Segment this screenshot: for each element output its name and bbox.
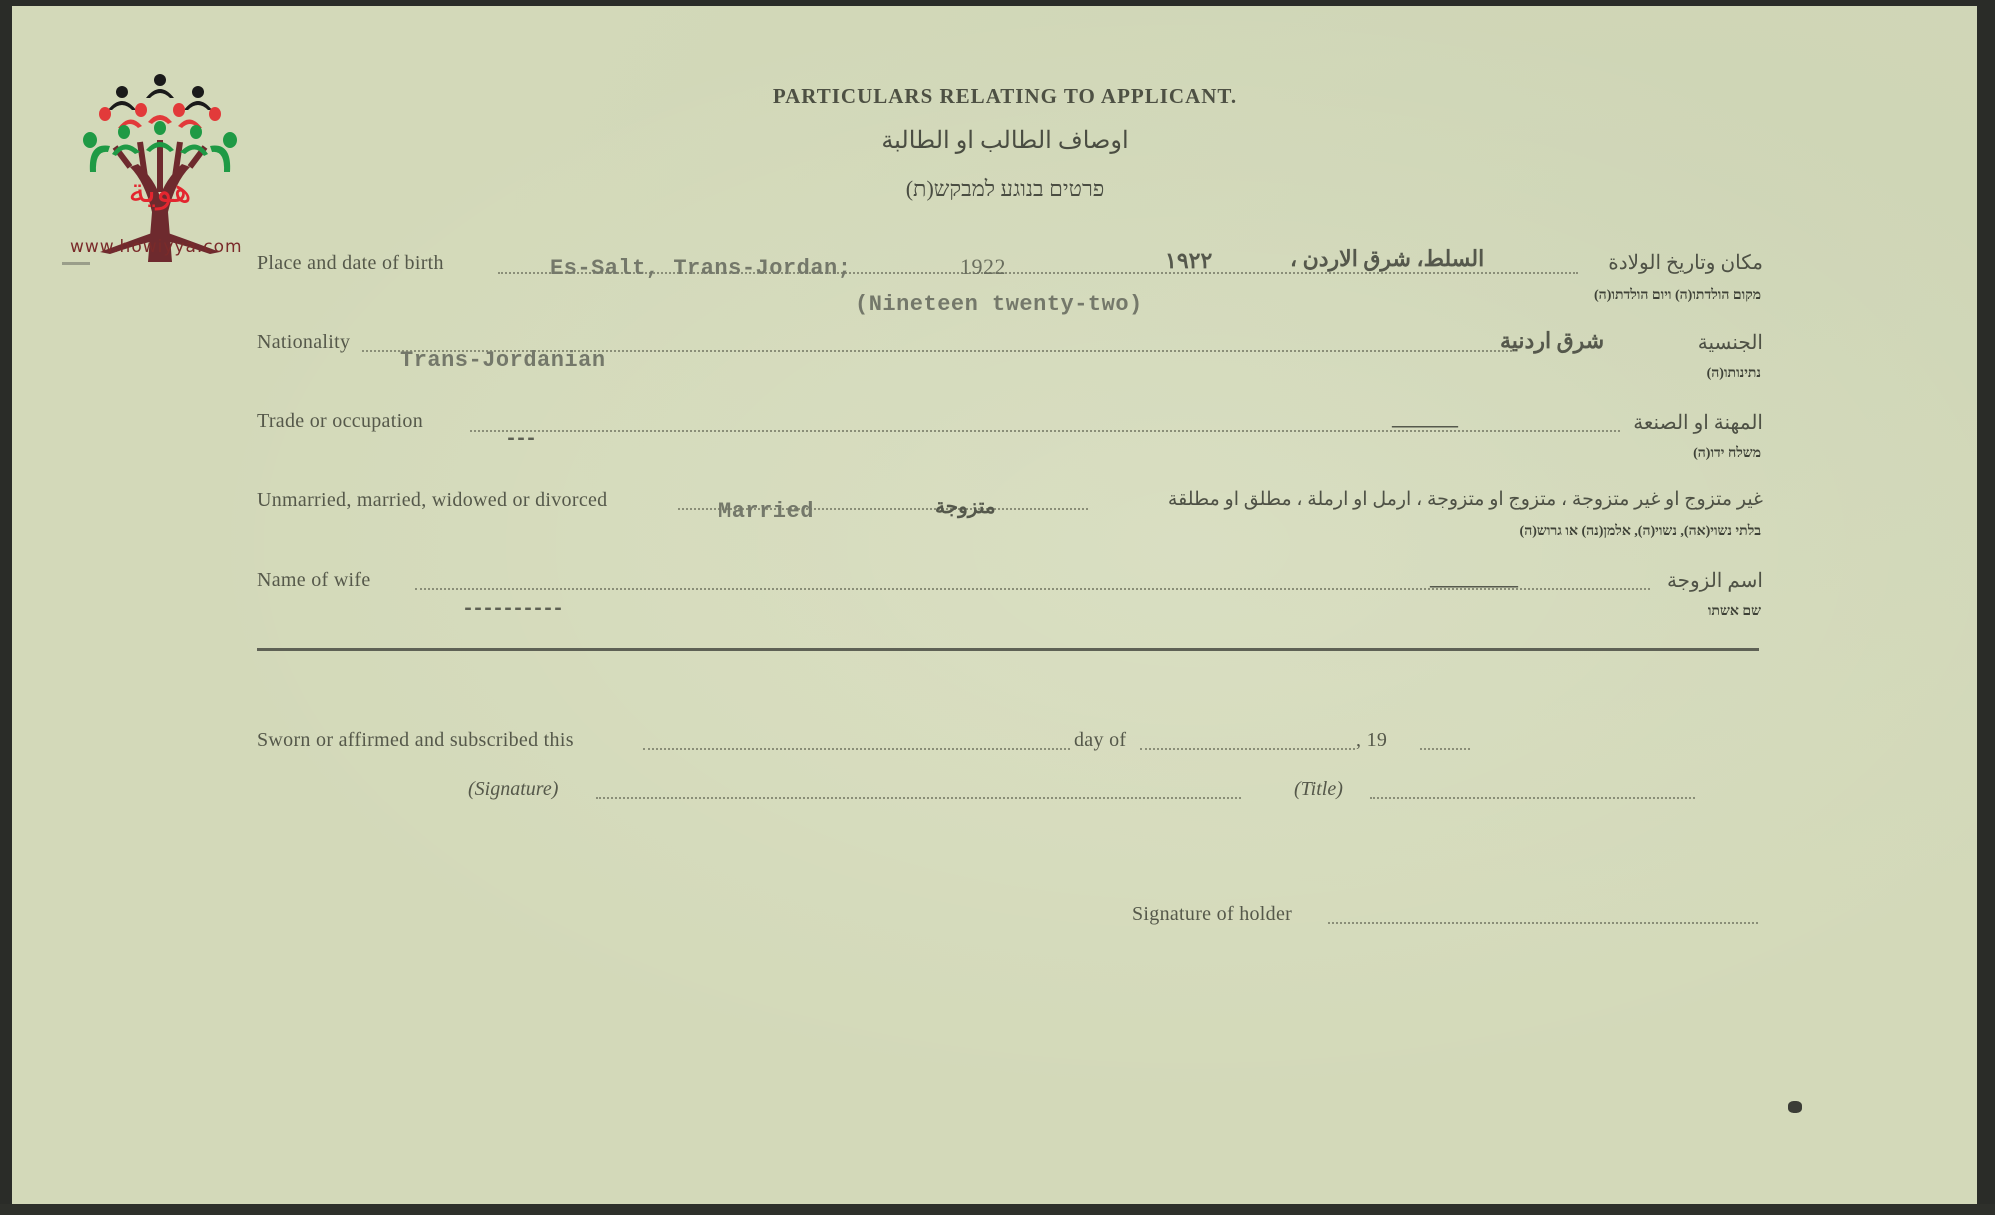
birth-year-value: 1922 (960, 254, 1006, 280)
marital-status-value: Married (718, 499, 814, 524)
title-dotted-line (1370, 797, 1695, 799)
sworn-label: Sworn or affirmed and subscribed this (257, 729, 574, 752)
marital-status-label-hebrew: בלתי נשוי(אה), נשוי(ה), אלמן(נה) או גרוש… (1520, 524, 1761, 540)
birth-year-words: (Nineteen twenty-two) (855, 292, 1143, 317)
margin-mark (62, 262, 90, 265)
occupation-label-hebrew: משלח ידו(ה) (1693, 446, 1761, 462)
occupation-value: --- (505, 428, 535, 451)
sworn-day-dotted-line (643, 748, 1070, 750)
birth-label-hebrew: מקום הולדתו(ה) ויום הולדתו(ה) (1594, 288, 1761, 304)
nationality-value: Trans-Jordanian (400, 348, 606, 373)
birth-place-value: Es-Salt, Trans-Jordan; (550, 256, 851, 281)
form-title-arabic: اوصاف الطالب او الطالبة (0, 126, 1995, 155)
birth-label: Place and date of birth (257, 252, 444, 275)
form-title-english: PARTICULARS RELATING TO APPLICANT. (0, 84, 1995, 109)
wife-name-value: ---------- (462, 598, 562, 621)
scanner-edge (0, 1204, 1995, 1215)
nationality-label-hebrew: נתינותו(ה) (1707, 366, 1761, 382)
year-dotted-line (1420, 748, 1470, 750)
nationality-label: Nationality (257, 331, 350, 354)
watermark-url: www.howiyya.com (70, 237, 243, 257)
marital-status-label-arabic: غير متزوج او غير متزوجة ، متزوج او متزوج… (1168, 488, 1763, 511)
nationality-arabic-value: شرق اردنية (1500, 328, 1604, 354)
ink-blot (1788, 1101, 1802, 1113)
holder-signature-label: Signature of holder (1132, 903, 1292, 926)
wife-name-arabic-value: ———— (1430, 572, 1518, 598)
occupation-label-arabic: المهنة او الصنعة (1633, 410, 1763, 435)
wife-name-label: Name of wife (257, 569, 371, 592)
signature-dotted-line (596, 797, 1241, 799)
occupation-label: Trade or occupation (257, 410, 423, 433)
title-label: (Title) (1294, 778, 1343, 801)
birth-place-arabic-value: السلط، شرق الاردن ، (1290, 246, 1484, 272)
birth-year-arabic-value: ١٩٢٢ (1165, 248, 1212, 274)
month-dotted-line (1140, 748, 1355, 750)
signature-label: (Signature) (468, 778, 558, 801)
marital-status-label: Unmarried, married, widowed or divorced (257, 489, 607, 512)
wife-name-label-hebrew: שם אשתו (1708, 604, 1761, 620)
birth-label-arabic: مكان وتاريخ الولادة (1608, 250, 1763, 275)
day-of-label: day of (1074, 729, 1126, 752)
section-divider (257, 648, 1759, 651)
nationality-label-arabic: الجنسية (1698, 330, 1763, 355)
wife-name-label-arabic: اسم الزوجة (1667, 568, 1763, 593)
holder-signature-dotted-line (1328, 922, 1758, 924)
occupation-arabic-value: ——— (1392, 412, 1458, 438)
form-title-hebrew: פרטים בנוגע למבקש(ת) (0, 176, 1995, 202)
year-prefix-label: , 19 (1356, 729, 1387, 752)
marital-status-arabic-value: متزوجة (935, 494, 996, 519)
